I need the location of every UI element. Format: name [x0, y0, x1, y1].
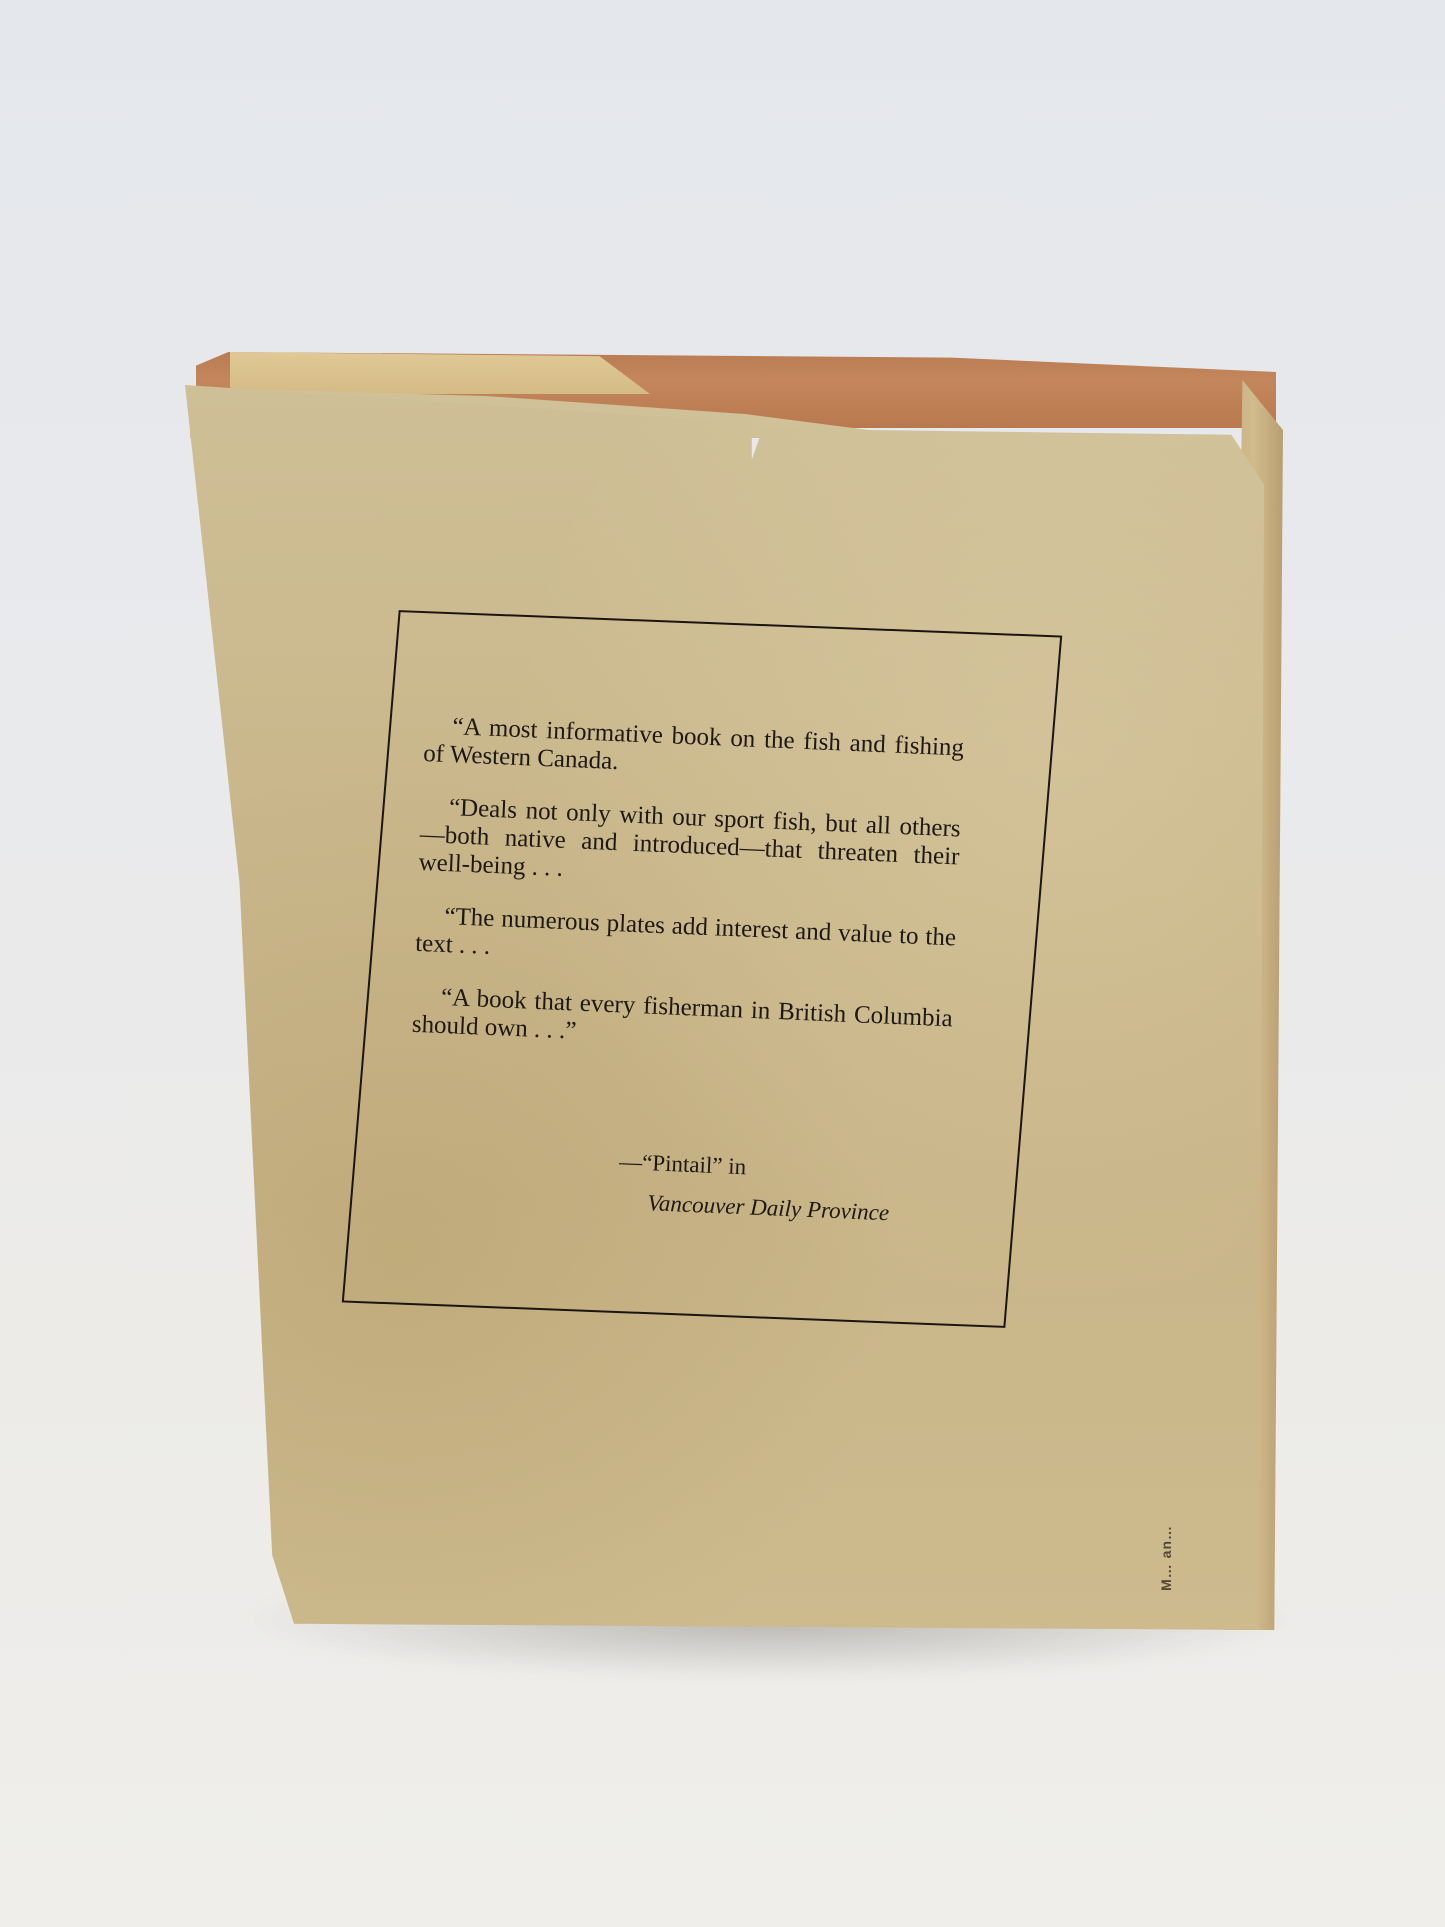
- review-quotes: “A most informative book on the fish and…: [410, 712, 964, 1086]
- quote-attribution: —“Pintail” in Vancouver Daily Province: [617, 1142, 980, 1237]
- jacket-inner-flap: [230, 352, 650, 394]
- quote-2: “Deals not only with our sport fish, but…: [418, 793, 961, 900]
- spine-text-fragment: M… an…: [1158, 1525, 1174, 1591]
- quote-3: “The numerous plates add interest and va…: [415, 902, 957, 981]
- quote-4: “A book that every fisherman in British …: [411, 983, 953, 1062]
